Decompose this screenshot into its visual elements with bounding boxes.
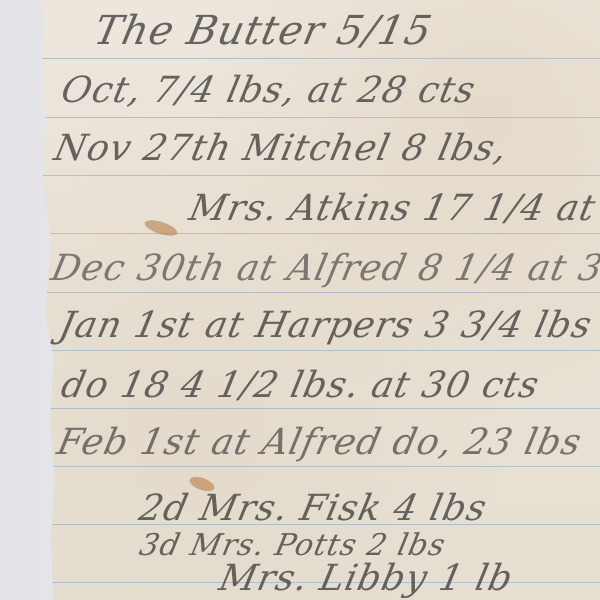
ledger-line: Dec 30th at Alfred 8 1/4 at 33: [48, 248, 600, 289]
ledger-line: Oct, 7/4 lbs, at 28 cts: [58, 70, 480, 111]
rule-line: [24, 175, 600, 176]
rust-stain: [143, 217, 179, 239]
rule-line: [24, 233, 600, 234]
ledger-line: Mrs. Libby 1 lb: [216, 558, 517, 599]
ledger-line: Feb 1st at Alfred do, 23 lbs: [54, 422, 586, 463]
rule-line: [24, 292, 600, 293]
ledger-line: Jan 1st at Harpers 3 3/4 lbs: [56, 305, 596, 346]
ledger-line: do 18 4 1/2 lbs. at 30 cts: [58, 365, 544, 406]
ledger-line: 2d Mrs. Fisk 4 lbs: [136, 488, 491, 529]
rule-line: [24, 58, 600, 59]
ledger-heading: The Butter 5/15: [90, 8, 436, 54]
rule-line: [24, 408, 600, 409]
ledger-line: Mrs. Atkins 17 1/4 at: [186, 188, 600, 229]
rule-line: [24, 466, 600, 467]
ledger-line: Nov 27th Mitchel 8 lbs,: [51, 128, 512, 169]
rule-line: [24, 117, 600, 118]
rule-line: [24, 350, 600, 351]
